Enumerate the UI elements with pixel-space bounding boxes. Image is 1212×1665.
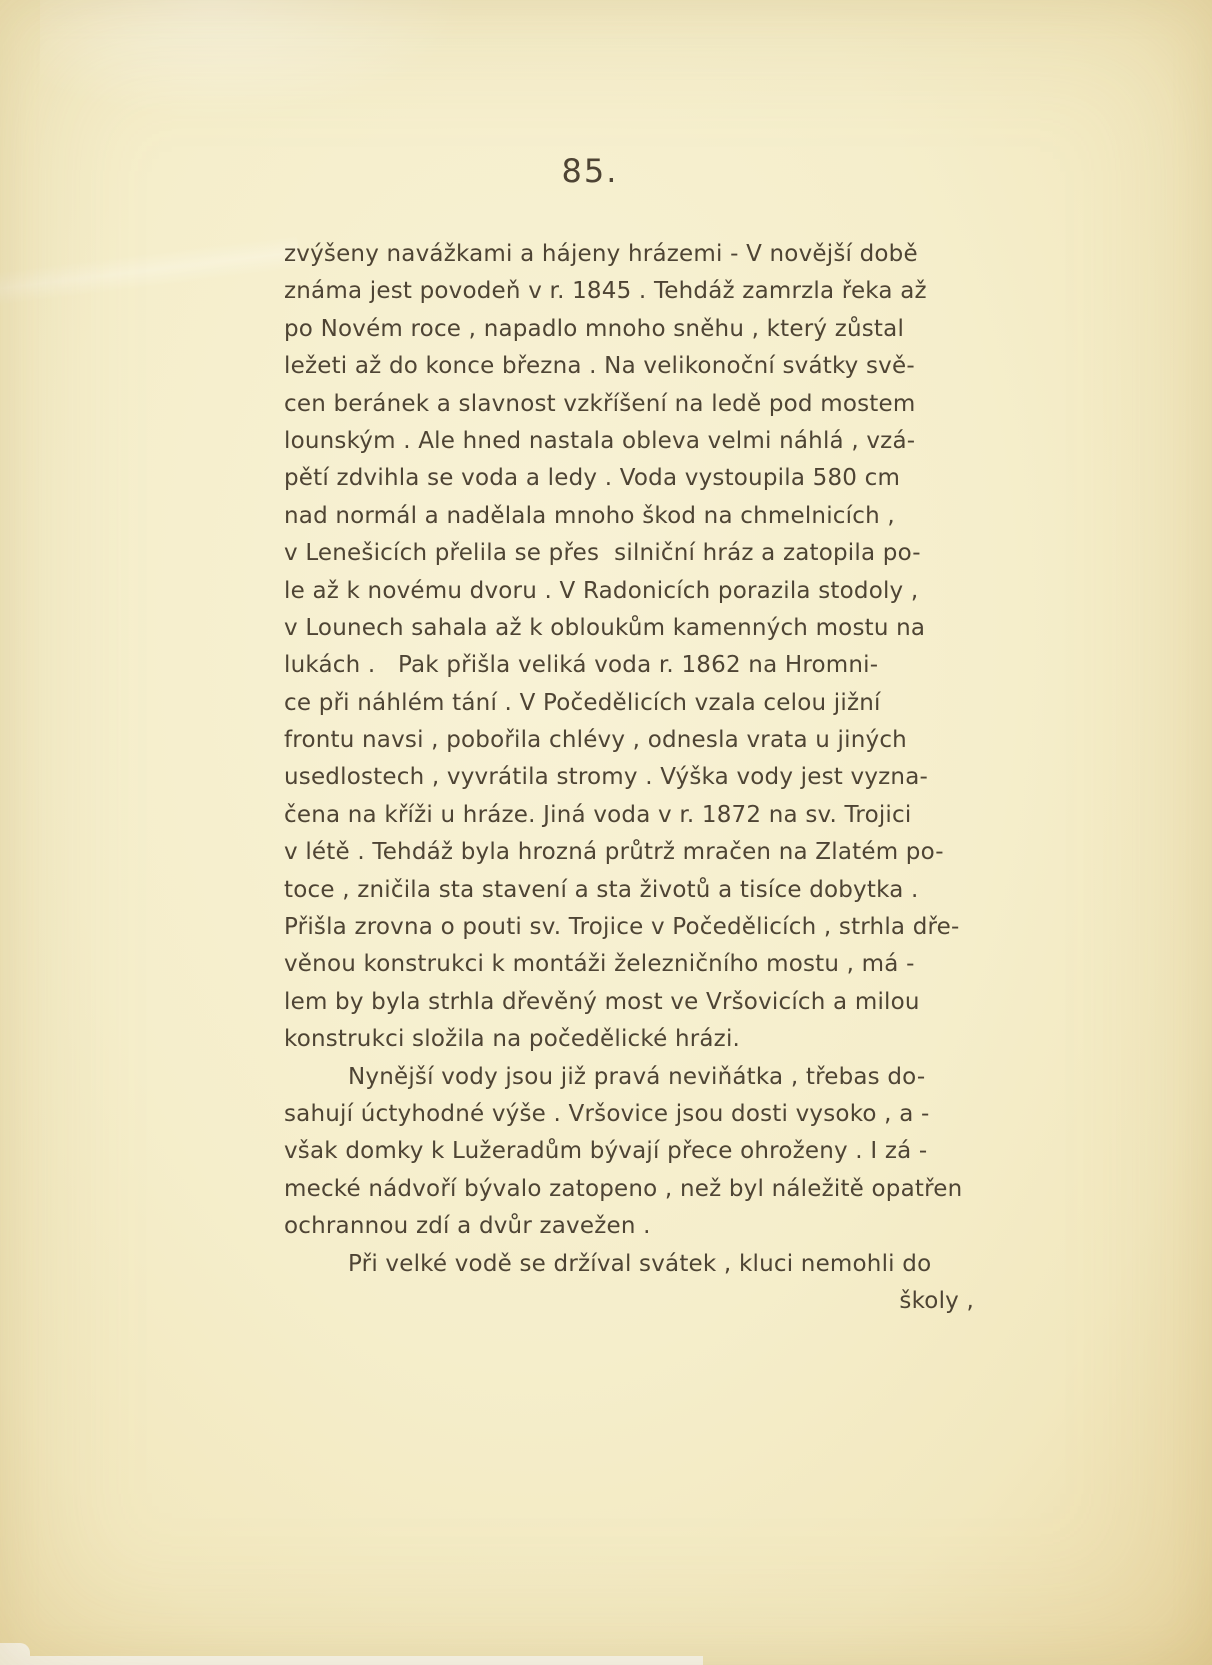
handwritten-line: mecké nádvoří bývalo zatopeno , než byl … [284, 1171, 990, 1208]
handwritten-line: lounským . Ale hned nastala obleva velmi… [284, 423, 990, 460]
handwritten-line: v Lounech sahala až k obloukům kamenných… [284, 610, 990, 647]
handwritten-line: cen beránek a slavnost vzkříšení na ledě… [284, 386, 990, 423]
handwritten-line: po Novém roce , napadlo mnoho sněhu , kt… [284, 311, 990, 348]
handwritten-line: le až k novému dvoru . V Radonicích pora… [284, 573, 990, 610]
handwritten-line: zvýšeny navážkami a hájeny hrázemi - V n… [284, 236, 990, 273]
handwritten-line: pětí zdvihla se voda a ledy . Voda vysto… [284, 460, 990, 497]
paper-crease [0, 235, 301, 309]
handwritten-line: Přišla zrovna o pouti sv. Trojice v Poče… [284, 909, 990, 946]
handwritten-line: ochrannou zdí a dvůr zavežen . [284, 1208, 990, 1245]
handwritten-line-paragraph-start: Nynější vody jsou již pravá neviňátka , … [284, 1059, 990, 1096]
handwritten-line: sahují úctyhodné výše . Vršovice jsou do… [284, 1096, 990, 1133]
handwritten-line-catchword: školy , [284, 1283, 990, 1320]
handwritten-line: věnou konstrukci k montáži železničního … [284, 946, 990, 983]
scanner-edge-strip [0, 1656, 703, 1665]
handwritten-text-block: zvýšeny navážkami a hájeny hrázemi - V n… [284, 236, 990, 1320]
scanner-edge-corner [0, 1643, 30, 1665]
handwritten-line: čena na kříži u hráze. Jiná voda v r. 18… [284, 797, 990, 834]
handwritten-line: toce , zničila sta stavení a sta životů … [284, 872, 990, 909]
document-page: 85. zvýšeny navážkami a hájeny hrázemi -… [0, 0, 1212, 1665]
handwritten-line: lem by byla strhla dřevěný most ve Vršov… [284, 984, 990, 1021]
handwritten-line: usedlostech , vyvrátila stromy . Výška v… [284, 759, 990, 796]
handwritten-line: ležeti až do konce března . Na velikonoč… [284, 348, 990, 385]
handwritten-line: však domky k Lužeradům bývají přece ohro… [284, 1133, 990, 1170]
handwritten-line: frontu navsi , pobořila chlévy , odnesla… [284, 722, 990, 759]
handwritten-line: známa jest povodeň v r. 1845 . Tehdáž za… [284, 273, 990, 310]
handwritten-line: v létě . Tehdáž byla hrozná průtrž mrače… [284, 834, 990, 871]
handwritten-line-paragraph-start: Při velké vodě se držíval svátek , kluci… [284, 1246, 990, 1283]
handwritten-line: ce při náhlém tání . V Počedělicích vzal… [284, 685, 990, 722]
handwritten-line: lukách . Pak přišla veliká voda r. 1862 … [284, 647, 990, 684]
handwritten-line: nad normál a nadělala mnoho škod na chme… [284, 498, 990, 535]
handwritten-line: konstrukci složila na počedělické hrázi. [284, 1021, 990, 1058]
paper-highlight [40, 0, 470, 120]
handwritten-line: v Lenešicích přelila se přes silniční hr… [284, 535, 990, 572]
page-number: 85. [0, 152, 1180, 190]
